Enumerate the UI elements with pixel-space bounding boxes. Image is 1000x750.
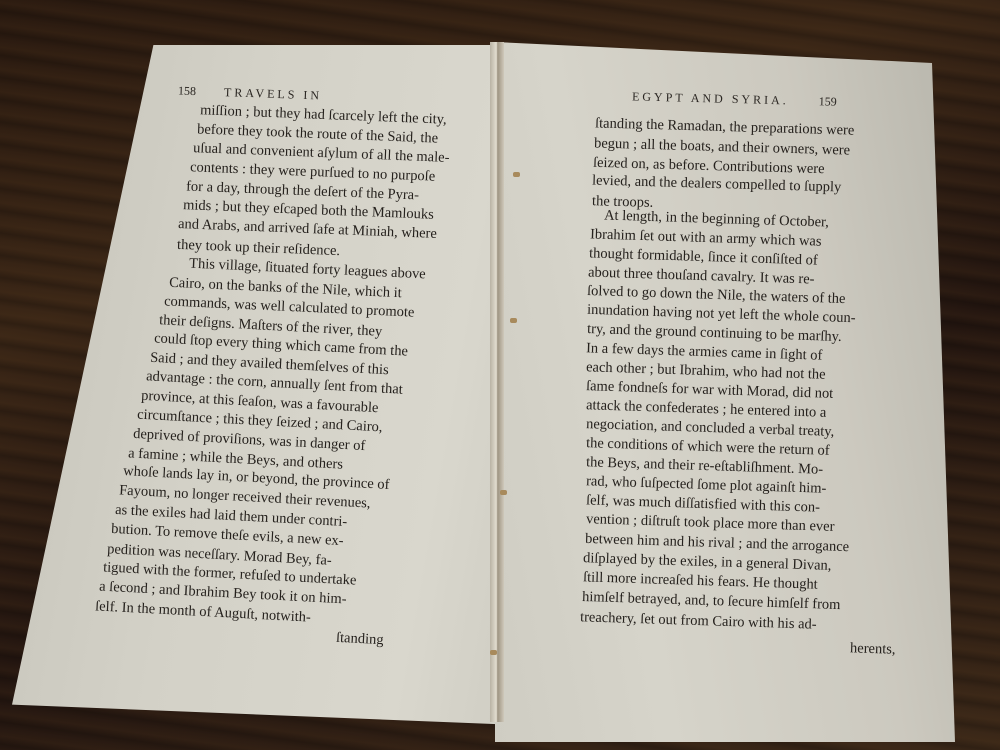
text-line: herents, — [850, 639, 896, 660]
left-head-title: TRAVELS IN — [224, 85, 323, 102]
binding-thread — [500, 490, 507, 495]
text-line: ſtanding — [336, 629, 384, 651]
left-page-number: 158 — [178, 83, 196, 98]
book-spine — [490, 42, 504, 722]
binding-thread — [510, 318, 517, 323]
binding-thread — [513, 172, 520, 177]
binding-thread — [490, 650, 497, 655]
right-head-title: EGYPT AND SYRIA. — [632, 89, 789, 107]
right-page-number: 159 — [819, 94, 837, 108]
